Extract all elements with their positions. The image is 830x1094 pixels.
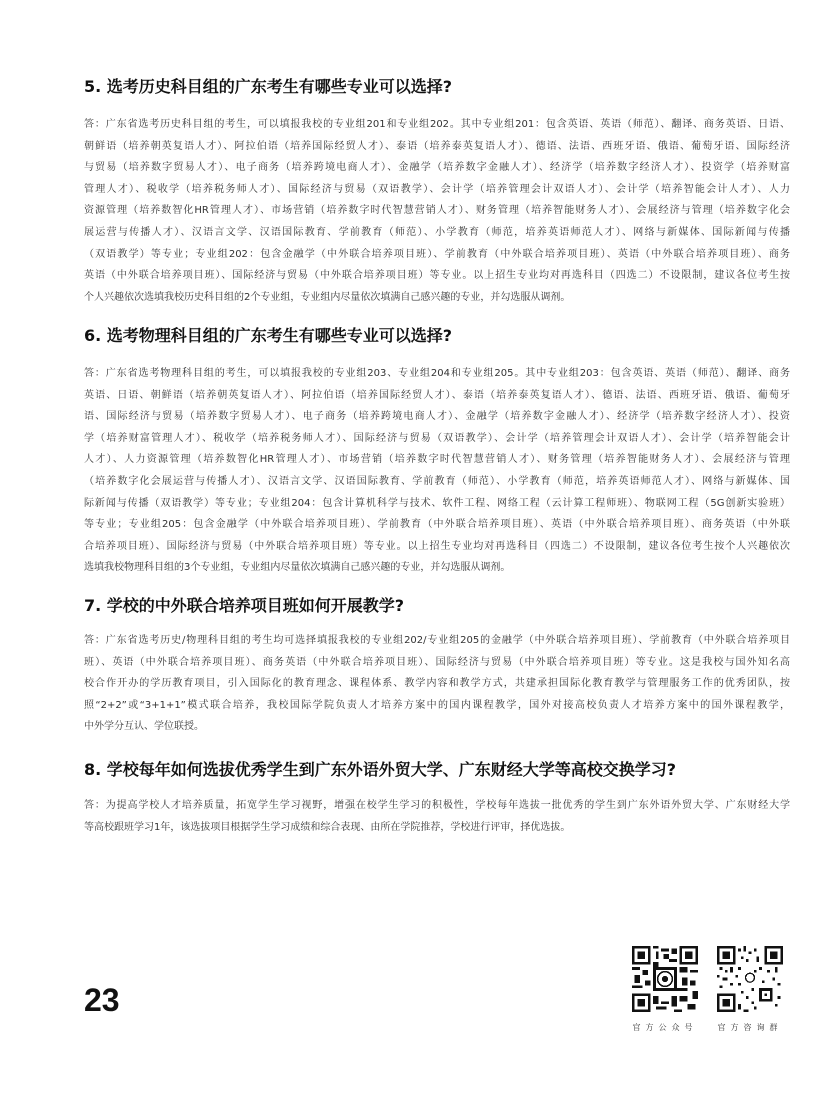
- answer-line: 校合作开办的学历教育项目，引入国际化的教育理念、课程体系、教学内容和教学方式，共…: [84, 673, 790, 695]
- answer-line: 与贸易（培养数字贸易人才）、电子商务（培养跨境电商人才）、金融学（培养数字金融人…: [84, 157, 790, 179]
- answer-line: 答：广东省选考物理科目组的考生，可以填报我校的专业组203、专业组204和专业组…: [84, 363, 790, 385]
- answer-line: 个人兴趣依次选填我校历史科目组的2个专业组，专业组内尽量依次填满自己感兴趣的专业…: [84, 287, 790, 309]
- question-6-answer: 答：广东省选考物理科目组的考生，可以填报我校的专业组203、专业组204和专业组…: [84, 363, 790, 579]
- question-6-title: 6. 选考物理科目组的广东考生有哪些专业可以选择?: [84, 323, 452, 346]
- question-8-answer: 答：为提高学校人才培养质量，拓宽学生学习视野，增强在校学生学习的积极性，学校每年…: [84, 795, 790, 838]
- answer-line: 等专业；专业组205：包含金融学（中外联合培养项目班）、学前教育（中外联合培养项…: [84, 514, 790, 536]
- answer-line: 朝鲜语（培养朝英复语人才）、阿拉伯语（培养国际经贸人才）、泰语（培养泰英复语人才…: [84, 136, 790, 158]
- page-number: 23: [84, 982, 120, 1019]
- answer-line: 管理人才）、税收学（培养税务师人才）、国际经济与贸易（双语教学）、会计学（培养管…: [84, 179, 790, 201]
- qr-code-icon: [717, 946, 783, 1012]
- qr-code-icon: [632, 946, 698, 1012]
- qr-label: 官方咨询群: [717, 1022, 783, 1033]
- answer-line: 班）、英语（中外联合培养项目班）、商务英语（中外联合培养项目班）、国际经济与贸易…: [84, 652, 790, 674]
- qr-consult-group: 官方咨询群: [717, 946, 783, 1033]
- answer-line: 等高校跟班学习1年，该选拔项目根据学生学习成绩和综合表现、由所在学院推荐，学校进…: [84, 817, 790, 839]
- answer-line: 合培养项目班）、国际经济与贸易（中外联合培养项目班）等专业。以上招生专业均对再选…: [84, 536, 790, 558]
- answer-line: 人才）、人力资源管理（培养数智化HR管理人才）、市场营销（培养数字时代智慧营销人…: [84, 449, 790, 471]
- answer-line: 英语、日语、朝鲜语（培养朝英复语人才）、阿拉伯语（培养国际经贸人才）、泰语（培养…: [84, 385, 790, 407]
- answer-line: 资源管理（培养数智化HR管理人才）、市场营销（培养数字时代智慧营销人才）、财务管…: [84, 200, 790, 222]
- answer-line: 答：广东省选考历史/物理科目组的考生均可选择填报我校的专业组202/专业组205…: [84, 630, 790, 652]
- answer-line: 际新闻与传播（双语教学）等专业；专业组204：包含计算机科学与技术、软件工程、网…: [84, 493, 790, 515]
- qr-official-account: 官方公众号: [632, 946, 698, 1033]
- question-5-answer: 答：广东省选考历史科目组的考生，可以填报我校的专业组201和专业组202。其中专…: [84, 114, 790, 308]
- answer-line: （培养数字化会展运营与传播人才）、汉语言文学、汉语国际教育、学前教育（师范）、小…: [84, 471, 790, 493]
- answer-line: 答：为提高学校人才培养质量，拓宽学生学习视野，增强在校学生学习的积极性，学校每年…: [84, 795, 790, 817]
- answer-line: 中外学分互认、学位联授。: [84, 716, 790, 738]
- answer-line: 答：广东省选考历史科目组的考生，可以填报我校的专业组201和专业组202。其中专…: [84, 114, 790, 136]
- answer-line: 选填我校物理科目组的3个专业组，专业组内尽量依次填满自己感兴趣的专业，并勾选服从…: [84, 557, 790, 579]
- answer-line: 照“2+2”或“3+1+1”模式联合培养，我校国际学院负责人才培养方案中的国内课…: [84, 695, 790, 717]
- question-5-title: 5. 选考历史科目组的广东考生有哪些专业可以选择?: [84, 74, 452, 97]
- answer-line: 学（培养财富管理人才）、税收学（培养税务师人才）、国际经济与贸易（双语教学）、会…: [84, 428, 790, 450]
- answer-line: 英语（中外联合培养项目班）、国际经济与贸易（中外联合培养项目班）等专业。以上招生…: [84, 265, 790, 287]
- qr-label: 官方公众号: [632, 1022, 698, 1033]
- question-8-title: 8. 学校每年如何选拔优秀学生到广东外语外贸大学、广东财经大学等高校交换学习?: [84, 757, 676, 780]
- question-7-title: 7. 学校的中外联合培养项目班如何开展教学?: [84, 593, 404, 616]
- answer-line: 语、国际经济与贸易（培养数字贸易人才）、电子商务（培养跨境电商人才）、金融学（培…: [84, 406, 790, 428]
- answer-line: 展运营与传播人才）、汉语言文学、汉语国际教育、学前教育（师范）、小学教育（师范，…: [84, 222, 790, 244]
- answer-line: （双语教学）等专业；专业组202：包含金融学（中外联合培养项目班）、学前教育（中…: [84, 244, 790, 266]
- question-7-answer: 答：广东省选考历史/物理科目组的考生均可选择填报我校的专业组202/专业组205…: [84, 630, 790, 738]
